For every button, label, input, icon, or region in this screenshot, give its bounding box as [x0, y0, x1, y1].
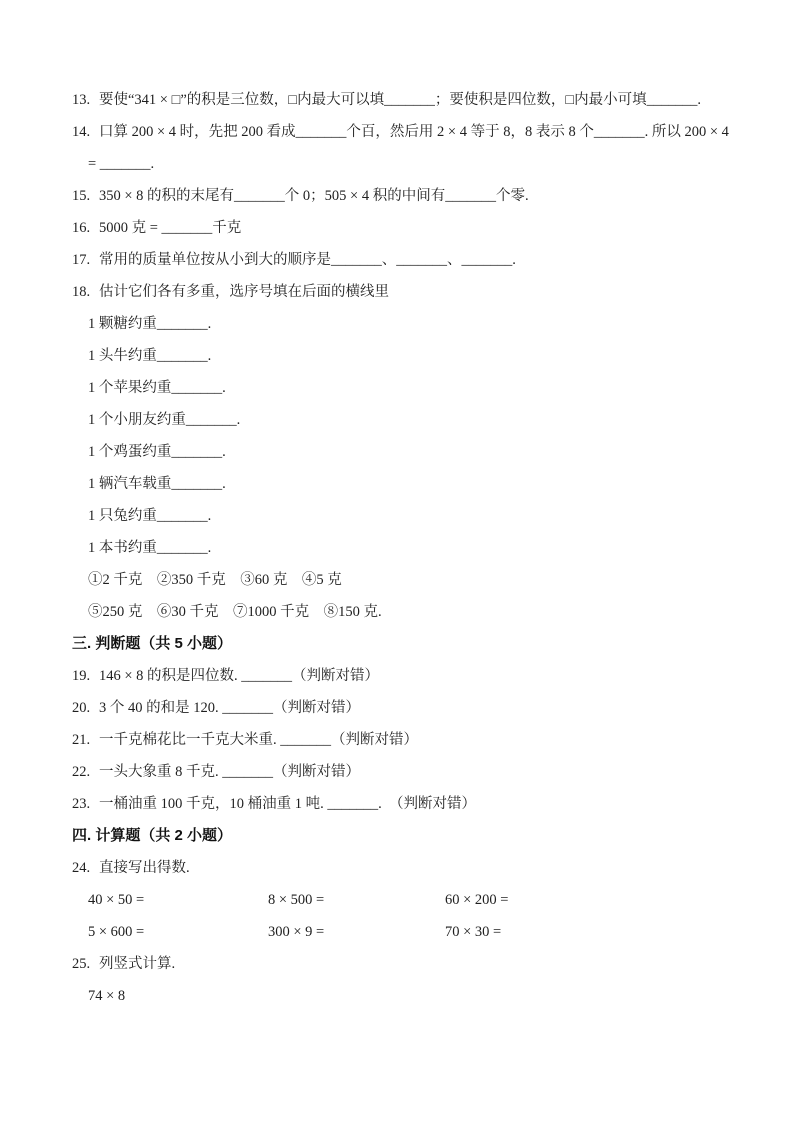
expression-cell-6: 70 × 30 = [445, 916, 729, 948]
question-23-number: 23. [72, 788, 99, 820]
question-25-text: 列竖式计算. [99, 948, 729, 980]
question-25-number: 25. [72, 948, 99, 980]
estimate-item-5: 1 个鸡蛋约重_______. [72, 436, 729, 468]
expression-cell-5: 300 × 9 = [268, 916, 445, 948]
expression-cell-2: 8 × 500 = [268, 884, 445, 916]
question-16: 16. 5000 克 = _______千克 [72, 212, 729, 244]
estimate-item-2: 1 头牛约重_______. [72, 340, 729, 372]
question-14: 14. 口算 200 × 4 时，先把 200 看成_______个百，然后用 … [72, 116, 729, 148]
question-21-text: 一千克棉花比一千克大米重. _______（判断对错） [99, 724, 729, 756]
options-line-2: ⑤250 克 ⑥30 千克 ⑦1000 千克 ⑧150 克. [72, 596, 729, 628]
question-22: 22. 一头大象重 8 千克. _______（判断对错） [72, 756, 729, 788]
question-13-number: 13. [72, 84, 99, 116]
question-16-number: 16. [72, 212, 99, 244]
question-15-number: 15. [72, 180, 99, 212]
question-20: 20. 3 个 40 的和是 120. _______（判断对错） [72, 692, 729, 724]
section-calc-title: 四. 计算题（共 2 小题） [72, 820, 729, 852]
question-24: 24. 直接写出得数. [72, 852, 729, 884]
question-13: 13. 要使“341 × □”的积是三位数，□内最大可以填_______；要使积… [72, 84, 729, 116]
question-14-continuation: = _______. [72, 148, 729, 180]
options-line-1: ①2 千克 ②350 千克 ③60 克 ④5 克 [72, 564, 729, 596]
question-23-text: 一桶油重 100 千克，10 桶油重 1 吨. _______. （判断对错） [99, 788, 729, 820]
question-19-text: 146 × 8 的积是四位数. _______（判断对错） [99, 660, 729, 692]
question-18-text: 估计它们各有多重，选序号填在后面的横线里 [99, 276, 729, 308]
question-22-text: 一头大象重 8 千克. _______（判断对错） [99, 756, 729, 788]
section-judge-title: 三. 判断题（共 5 小题） [72, 628, 729, 660]
question-20-text: 3 个 40 的和是 120. _______（判断对错） [99, 692, 729, 724]
question-24-number: 24. [72, 852, 99, 884]
question-18: 18. 估计它们各有多重，选序号填在后面的横线里 [72, 276, 729, 308]
question-13-text: 要使“341 × □”的积是三位数，□内最大可以填_______；要使积是四位数… [99, 84, 729, 116]
question-19: 19. 146 × 8 的积是四位数. _______（判断对错） [72, 660, 729, 692]
question-17-number: 17. [72, 244, 99, 276]
question-17: 17. 常用的质量单位按从小到大的顺序是_______、_______、____… [72, 244, 729, 276]
question-21: 21. 一千克棉花比一千克大米重. _______（判断对错） [72, 724, 729, 756]
question-18-number: 18. [72, 276, 99, 308]
estimate-item-3: 1 个苹果约重_______. [72, 372, 729, 404]
question-22-number: 22. [72, 756, 99, 788]
vertical-calc-expression: 74 × 8 [72, 980, 729, 1012]
estimate-item-8: 1 本书约重_______. [72, 532, 729, 564]
question-17-text: 常用的质量单位按从小到大的顺序是_______、_______、_______. [99, 244, 729, 276]
question-15-text: 350 × 8 的积的末尾有_______个 0；505 × 4 积的中间有__… [99, 180, 729, 212]
expression-cell-4: 5 × 600 = [88, 916, 268, 948]
estimate-item-7: 1 只兔约重_______. [72, 500, 729, 532]
estimate-item-6: 1 辆汽车载重_______. [72, 468, 729, 500]
question-14-text: 口算 200 × 4 时，先把 200 看成_______个百，然后用 2 × … [99, 116, 729, 148]
question-20-number: 20. [72, 692, 99, 724]
expression-cell-1: 40 × 50 = [88, 884, 268, 916]
document-page: 13. 要使“341 × □”的积是三位数，□内最大可以填_______；要使积… [0, 0, 793, 1122]
question-19-number: 19. [72, 660, 99, 692]
question-21-number: 21. [72, 724, 99, 756]
question-14-number: 14. [72, 116, 99, 148]
question-16-text: 5000 克 = _______千克 [99, 212, 729, 244]
calc-expression-grid: 40 × 50 = 8 × 500 = 60 × 200 = 5 × 600 =… [72, 884, 729, 948]
question-23: 23. 一桶油重 100 千克，10 桶油重 1 吨. _______. （判断… [72, 788, 729, 820]
question-25: 25. 列竖式计算. [72, 948, 729, 980]
question-24-text: 直接写出得数. [99, 852, 729, 884]
expression-cell-3: 60 × 200 = [445, 884, 729, 916]
estimate-item-1: 1 颗糖约重_______. [72, 308, 729, 340]
question-15: 15. 350 × 8 的积的末尾有_______个 0；505 × 4 积的中… [72, 180, 729, 212]
estimate-item-4: 1 个小朋友约重_______. [72, 404, 729, 436]
